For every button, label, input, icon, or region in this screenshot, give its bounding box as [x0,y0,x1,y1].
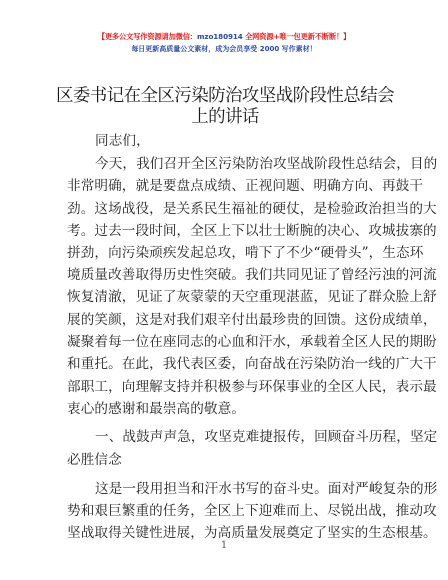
paragraph-line: 和重托。在此，我代表区委，向奋战在污染防治一线的广大干 [67,354,385,374]
promo-banner-line-2: 每日更新高质量公文素材，成为会员享受 2000 写作素材！ [0,44,448,54]
document-page: 【更多公文写作资源请加微信：mzo180914 全网资源+唯一包更新不断断！】 … [0,0,448,580]
promo-text-prefix: 【更多公文写作资源请加微信： [98,32,197,41]
paragraph-line: 考。过去一段时间，全区上下以壮士断腕的决心、攻城拔寨的 [67,221,385,241]
salutation: 同志们， [95,131,385,151]
paragraph-line: 劲。这场战役，是关系民生福祉的硬仗，是检验政治担当的大 [67,199,385,219]
paragraph-line: 拼劲，向污染顽疾发起总攻，啃下了不少“硬骨头”，生态环 [67,243,385,263]
promo-banner-line-1: 【更多公文写作资源请加微信：mzo180914 全网资源+唯一包更新不断断！】 [0,32,448,42]
paragraph-line: 这是一段用担当和汗水书写的奋斗史。面对严峻复杂的形 [95,479,385,499]
paragraph-line: 非常明确，就是要盘点成绩、正视问题、明确方向、再鼓干 [67,176,385,196]
paragraph-line: 衷心的感谢和最崇高的敬意。 [67,399,385,419]
section-heading-line: 一、战鼓声声急，攻坚克难捷报传，回顾奋斗历程，坚定 [95,427,385,447]
page-number: 1 [0,540,448,551]
title-line-2: 上的讲话 [40,107,410,128]
paragraph-line: 展的笑颜，这是对我们艰辛付出最珍贵的回馈。这份成绩单， [67,310,385,330]
section-heading-line: 必胜信念 [67,450,385,470]
promo-wechat-id: mzo180914 [197,32,243,41]
paragraph-line: 恢复清澈，见证了灰蒙蒙的天空重现湛蓝，见证了群众脸上舒 [67,287,385,307]
paragraph-line: 今天，我们召开全区污染防治攻坚战阶段性总结会，目的 [95,154,385,174]
paragraph-line: 凝聚着每一位在座同志的心血和汗水，承载着全区人民的期盼 [67,332,385,352]
promo-text-suffix: 全网资源+唯一包更新不断断！】 [243,32,351,41]
document-title: 区委书记在全区污染防治攻坚战阶段性总结会 上的讲话 [40,86,410,128]
paragraph-line: 境质量改善取得历史性突破。我们共同见证了曾经污浊的河流 [67,265,385,285]
paragraph-line: 部职工，向理解支持并积极参与环保事业的全区人民，表示最 [67,377,385,397]
paragraph-line: 势和艰巨繁重的任务，全区上下迎难而上、尽锐出战，推动攻 [67,501,385,521]
title-line-1: 区委书记在全区污染防治攻坚战阶段性总结会 [40,86,410,107]
